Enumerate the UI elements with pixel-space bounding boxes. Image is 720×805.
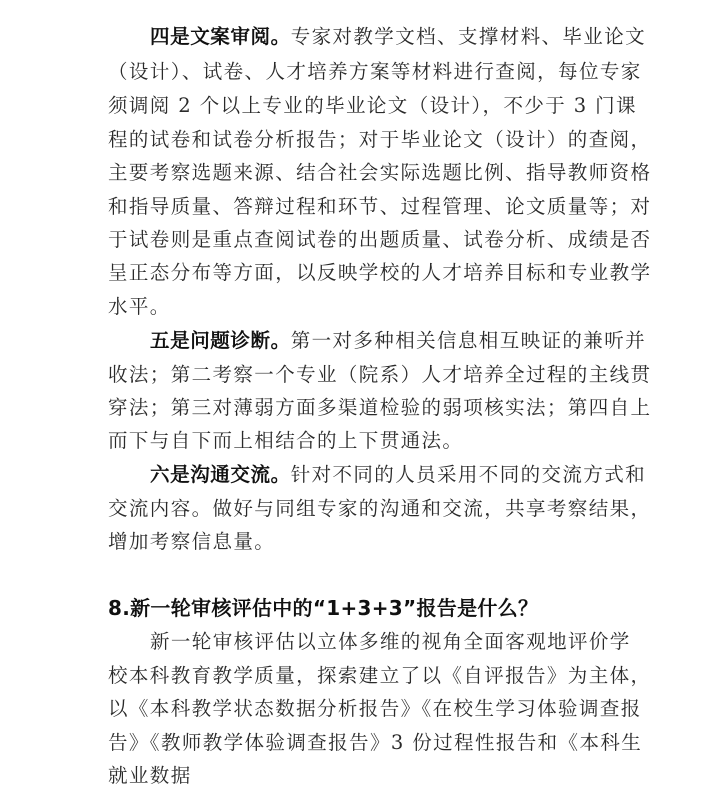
paragraph-line: 于试卷则是重点查阅试卷的出题质量、试卷分析、成绩是否 [108,225,618,255]
paragraph-line: 主要考察选题来源、结合社会实际选题比例、指导教师资格 [108,158,618,188]
section-text: 专家对教学文档、支撑材料、毕业论文 [291,25,646,48]
paragraph-line: 四是文案审阅。专家对教学文档、支撑材料、毕业论文 [150,22,660,52]
paragraph-line: 和指导质量、答辩过程和环节、过程管理、论文质量等；对 [108,192,618,222]
document-page: 四是文案审阅。专家对教学文档、支撑材料、毕业论文 （设计）、试卷、人才培养方案等… [0,0,720,805]
paragraph-line: 增加考察信息量。 [108,527,618,557]
question-heading: 8.新一轮审核评估中的“1+3+3”报告是什么？ [108,592,538,624]
paragraph-line: 校本科教育教学质量，探索建立了以《自评报告》为主体， [108,661,618,691]
paragraph-line: 新一轮审核评估以立体多维的视角全面客观地评价学 [150,627,660,657]
paragraph-line: 而下与自下而上相结合的上下贯通法。 [108,426,618,456]
paragraph-line: 收法；第二考察一个专业（院系）人才培养全过程的主线贯 [108,360,618,390]
paragraph-line: 五是问题诊断。第一对多种相关信息相互映证的兼听并 [150,326,660,356]
section-lead: 六是沟通交流。 [150,463,291,486]
paragraph-line: 穿法；第三对薄弱方面多渠道检验的弱项核实法；第四自上 [108,393,618,423]
paragraph-line: 程的试卷和试卷分析报告；对于毕业论文（设计）的查阅， [108,125,618,155]
paragraph-line: （设计）、试卷、人才培养方案等材料进行查阅，每位专家 [108,57,618,87]
paragraph-line: 六是沟通交流。针对不同的人员采用不同的交流方式和 [150,460,660,490]
paragraph-line: 以《本科教学状态数据分析报告》《在校生学习体验调查报 [108,694,618,724]
paragraph-line: 交流内容。做好与同组专家的沟通和交流，共享考察结果， [108,494,618,524]
paragraph-line: 就业数据 [108,761,618,791]
paragraph-line: 须调阅 2 个以上专业的毕业论文（设计），不少于 3 门课 [108,91,618,121]
section-lead: 四是文案审阅。 [150,25,291,48]
section-text: 第一对多种相关信息相互映证的兼听并 [291,329,646,352]
paragraph-line: 呈正态分布等方面，以反映学校的人才培养目标和专业教学 [108,258,618,288]
section-text: 针对不同的人员采用不同的交流方式和 [291,463,646,486]
paragraph-line: 告》《教师教学体验调查报告》3 份过程性报告和《本科生 [108,728,618,758]
section-lead: 五是问题诊断。 [150,329,291,352]
paragraph-line: 水平。 [108,292,618,322]
